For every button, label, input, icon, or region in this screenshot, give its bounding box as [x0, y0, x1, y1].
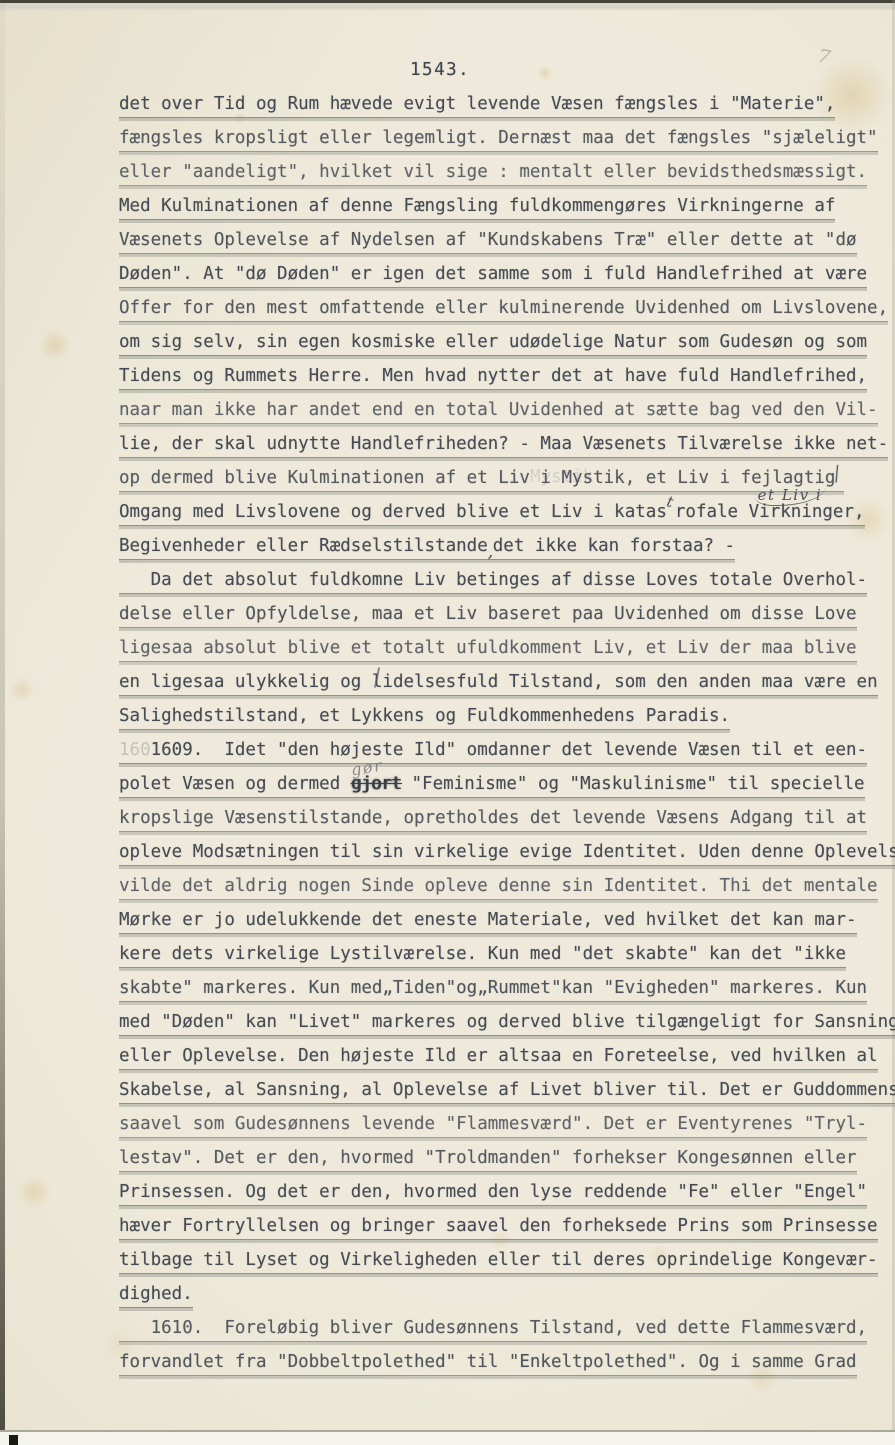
typewritten-segment: Virkninger,et Liv i [749, 502, 865, 522]
typewritten-segment: rofale [675, 502, 749, 522]
handwritten-insertion: et Liv i [755, 486, 826, 506]
scan-corner-notch [9, 1435, 18, 1445]
manuscript-page: 1543. 7 det over Tid og Rum hævede evigt… [0, 0, 895, 1445]
scan-top-edge [0, 0, 895, 11]
text-line: 1610. Foreløbig bliver Gudesønnens Tilst… [119, 1316, 895, 1350]
text-line: Skabelse, al Sansning, al Oplevelse af L… [119, 1078, 895, 1112]
next-page-edge [0, 1430, 895, 1445]
text-line: tilbage til Lyset og Virkeligheden eller… [119, 1248, 895, 1282]
text-line: fængsles kropsligt eller legemligt. Dern… [119, 126, 895, 160]
typewritten-line-text: dighed. [119, 1282, 193, 1308]
typewritten-line-text: Med Kulminationen af denne Fængsling ful… [119, 194, 835, 220]
strikethrough-word: gjortgør [351, 774, 401, 794]
typewritten-line-text: ligesaa absolut blive et totalt ufuldkom… [119, 636, 857, 662]
text-line: Da det absolut fuldkomne Liv betinges af… [119, 568, 895, 602]
typewritten-line-text: Skabelse, al Sansning, al Oplevelse af L… [119, 1078, 895, 1104]
typewritten-segment: "Feminisme" og "Maskulinisme" til specie… [401, 774, 865, 794]
text-line: Med Kulminationen af denne Fængsling ful… [119, 194, 895, 228]
typewritten-line-text: fængsles kropsligt eller legemligt. Dern… [119, 126, 878, 152]
text-line: vilde det aldrig nogen Sinde opleve denn… [119, 874, 895, 908]
scan-left-edge [0, 0, 5, 1445]
text-line: kropslige Væsenstilstande, opretholdes d… [119, 806, 895, 840]
typewritten-line-text: hæver Fortryllelsen og bringer saavel de… [119, 1214, 878, 1240]
text-line: kere dets virkelige Lystilværelse. Kun m… [119, 942, 895, 976]
text-line: med "Døden" kan "Livet" markeres og derv… [119, 1010, 895, 1044]
typewritten-line-text: med "Døden" kan "Livet" markeres og derv… [119, 1010, 895, 1036]
typewritten-line-text: Salighedstilstand, et Lykkens og Fuldkom… [119, 704, 730, 730]
typewritten-line-text: saavel som Gudesønnens levende "Flammesv… [119, 1112, 867, 1138]
typewritten-line-text: Da det absolut fuldkomne Liv betinges af… [119, 568, 867, 594]
text-line: saavel som Gudesønnens levende "Flammesv… [119, 1112, 895, 1146]
text-line: det over Tid og Rum hævede evigt levende… [119, 92, 895, 126]
typewritten-line-text: Døden". At "dø Døden" er igen det samme … [119, 262, 867, 288]
handwritten-mark: , [488, 542, 493, 562]
typewritten-segment: polet Væsen og dermed [119, 774, 351, 794]
typewritten-segment: Begivenheder eller Rædselstilstande [119, 536, 488, 556]
typewritten-line-text: 1610. Foreløbig bliver Gudesønnens Tilst… [119, 1316, 867, 1342]
typewritten-line-text: Tidens og Rummets Herre. Men hvad nytter… [119, 364, 867, 390]
text-line: om sig selv, sin egen kosmiske eller udø… [119, 330, 895, 364]
typewritten-line-text: Mørke er jo udelukkende det eneste Mater… [119, 908, 857, 934]
text-line: naar man ikke har andet end en total Uvi… [119, 398, 895, 432]
typewritten-line-text: forvandlet fra "Dobbeltpolethed" til "En… [119, 1350, 857, 1376]
typewritten-line-text: kropslige Væsenstilstande, opretholdes d… [119, 806, 867, 832]
pencil-corner-mark: 7 [816, 45, 832, 69]
typewritten-line-text: tilbage til Lyset og Virkeligheden eller… [119, 1248, 878, 1274]
text-line: lie, der skal udnytte Handlefriheden? - … [119, 432, 895, 466]
typewritten-line-text: eller Oplevelse. Den højeste Ild er alts… [119, 1044, 878, 1070]
typewritten-line-text: kere dets virkelige Lystilværelse. Kun m… [119, 942, 846, 968]
text-line: en ligesaa ulykkelig og lidelsesfuld Til… [119, 670, 895, 704]
text-line: hæver Fortryllelsen og bringer saavel de… [119, 1214, 895, 1248]
typewritten-segment: op dermed blive Kulminationen af et Liv … [119, 468, 835, 488]
page-number: 1543. [410, 60, 470, 80]
typewritten-line-text: Væsenets Oplevelse af Nydelsen af "Kunds… [119, 228, 857, 254]
typewritten-line-text: vilde det aldrig nogen Sinde opleve denn… [119, 874, 878, 900]
typewritten-line-text: opleve Modsætningen til sin virkelige ev… [119, 840, 895, 866]
text-line: polet Væsen og dermed gjortgør "Feminism… [119, 772, 895, 806]
typewritten-line-text: Offer for den mest omfattende eller kulm… [119, 296, 888, 322]
text-line: Salighedstilstand, et Lykkens og Fuldkom… [119, 704, 895, 738]
ghost-typed-text: 160 [119, 740, 151, 760]
text-line: delse eller Opfyldelse, maa et Liv baser… [119, 602, 895, 636]
text-line: eller Oplevelse. Den højeste Ild er alts… [119, 1044, 895, 1078]
text-line: Døden". At "dø Døden" er igen det samme … [119, 262, 895, 296]
text-line: forvandlet fra "Dobbeltpolethed" til "En… [119, 1350, 895, 1384]
text-line: Prinsessen. Og det er den, hvormed den l… [119, 1180, 895, 1214]
typewritten-segment: 1609. Idet "den højeste Ild" omdanner de… [151, 740, 867, 760]
text-line: Tidens og Rummets Herre. Men hvad nytter… [119, 364, 895, 398]
typewritten-segment: en ligesaa ulykkelig og [119, 672, 372, 692]
text-line: lestav". Det er den, hvormed "Troldmande… [119, 1146, 895, 1180]
typewritten-line-text: delse eller Opfyldelse, maa et Liv baser… [119, 602, 857, 628]
text-line: 1601609. Idet "den højeste Ild" omdanner… [119, 738, 895, 772]
typewritten-line-text: eller "aandeligt", hvilket vil sige : me… [119, 160, 867, 186]
text-line: Mørke er jo udelukkende det eneste Mater… [119, 908, 895, 942]
text-line: eller "aandeligt", hvilket vil sige : me… [119, 160, 895, 194]
typewritten-segment: l [372, 672, 383, 692]
typewritten-segment: Omgang med Livslovene og derved blive et… [119, 502, 667, 522]
typewritten-segment: idelsesfuld Tilstand, som den anden maa … [382, 672, 877, 692]
typewritten-line-text: skabte" markeres. Kun med„Tiden"og„Rumme… [119, 976, 867, 1002]
typewritten-line-text: naar man ikke har andet end en total Uvi… [119, 398, 878, 424]
typewritten-segment: det ikke kan forstaa? - [493, 536, 735, 556]
typewritten-line-text: lie, der skal udnytte Handlefriheden? - … [119, 432, 888, 458]
text-line: dighed. [119, 1282, 895, 1316]
text-line: skabte" markeres. Kun med„Tiden"og„Rumme… [119, 976, 895, 1010]
text-line: opleve Modsætningen til sin virkelige ev… [119, 840, 895, 874]
text-line: Omgang med Livslovene og derved blive et… [119, 500, 895, 534]
typewritten-line-text: det over Tid og Rum hævede evigt levende… [119, 92, 835, 118]
text-line: Offer for den mest omfattende eller kulm… [119, 296, 895, 330]
typewritten-line-text: lestav". Det er den, hvormed "Troldmande… [119, 1146, 857, 1172]
typewritten-line-text: om sig selv, sin egen kosmiske eller udø… [119, 330, 867, 356]
text-line: Væsenets Oplevelse af Nydelsen af "Kunds… [119, 228, 895, 262]
text-body: det over Tid og Rum hævede evigt levende… [119, 92, 895, 1384]
typewritten-line-text: Prinsessen. Og det er den, hvormed den l… [119, 1180, 867, 1206]
text-line: ligesaa absolut blive et totalt ufuldkom… [119, 636, 895, 670]
text-line: Begivenheder eller Rædselstilstande,det … [119, 534, 895, 568]
